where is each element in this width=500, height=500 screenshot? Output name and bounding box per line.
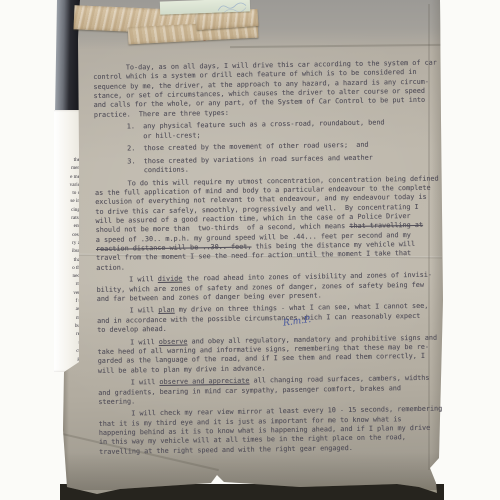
edge-fragment: o th bbox=[54, 264, 80, 272]
edge-fragment: re bbox=[54, 330, 80, 338]
paragraph: I will plan my drive on three things - w… bbox=[97, 302, 441, 335]
paragraph: To-day, as on all days, I will drive thi… bbox=[93, 59, 438, 120]
edge-fragment: to c bbox=[54, 189, 80, 197]
edge-fragment: rats, bbox=[54, 214, 80, 222]
paragraph: To do this will require my utmost concen… bbox=[95, 174, 440, 273]
edge-fragment: tha bbox=[54, 256, 80, 264]
paragraph: I will observe and obey all regulatory, … bbox=[97, 333, 441, 376]
edge-fragments: themene mevaricto cse incingrats,entces,… bbox=[54, 156, 82, 363]
paragraph: I will observe and appreciate all changi… bbox=[98, 374, 442, 407]
edge-fragment: varic bbox=[54, 181, 80, 189]
edge-fragment: m bbox=[54, 314, 80, 322]
edge-fragment: g bbox=[54, 355, 80, 363]
underlying-page-edge: themene mevaricto cse incingrats,entces,… bbox=[54, 110, 83, 372]
edge-fragment: men bbox=[54, 164, 80, 172]
edge-fragment: e me bbox=[54, 173, 80, 181]
paragraph: I will check my rear view mirror at leas… bbox=[98, 405, 442, 457]
edge-fragment: bu bbox=[54, 322, 80, 330]
edge-fragment: f t bbox=[54, 297, 80, 305]
edge-fragment: t bbox=[54, 339, 80, 347]
paragraph: 1. any physical feature such as a cross-… bbox=[94, 118, 438, 142]
edge-fragment: ned bbox=[54, 272, 80, 280]
typewritten-text: R.m.P. To-day, as on all days, I will dr… bbox=[93, 59, 443, 461]
edge-fragment: the bbox=[54, 156, 80, 164]
edge-fragment: ct bbox=[54, 347, 80, 355]
edge-fragment: ent bbox=[54, 222, 80, 230]
paragraph: 3. those created by variations in road s… bbox=[94, 152, 438, 176]
edge-fragment: ibut bbox=[54, 247, 80, 255]
edge-fragment: as bbox=[54, 305, 80, 313]
edge-fragment: ver bbox=[54, 289, 80, 297]
edge-fragment: se in bbox=[54, 197, 80, 205]
edge-fragment: rn bbox=[54, 280, 80, 288]
photo-of-typewritten-document: themene mevaricto cse incingrats,entces,… bbox=[0, 0, 500, 500]
paragraph: I will divide the road ahead into zones … bbox=[96, 271, 440, 304]
edge-fragment: ces, bbox=[54, 231, 80, 239]
edge-fragment: ry a bbox=[54, 239, 80, 247]
edge-fragment: cing bbox=[54, 206, 80, 214]
